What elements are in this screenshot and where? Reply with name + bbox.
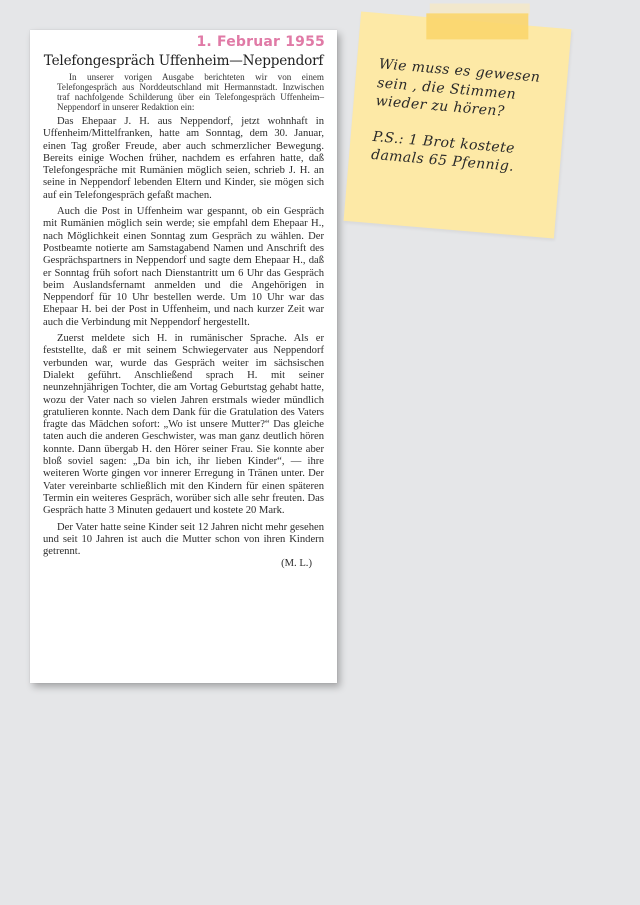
note-postscript: P.S.: 1 Brot kostete damals 65 Pfennig. (370, 127, 552, 179)
newspaper-clipping: 1. Februar 1955 Telefongespräch Uffenhei… (30, 30, 337, 683)
article-paragraph: Auch die Post in Uffenheim war gespannt,… (43, 206, 324, 329)
article-paragraph: Der Vater hatte seine Kinder seit 12 Jah… (43, 522, 324, 559)
sticky-note: Wie muss es gewesen sein , die Stimmen w… (344, 12, 572, 239)
article-paragraph: Zuerst meldete sich H. in rumänischer Sp… (43, 333, 324, 517)
clipping-date: 1. Februar 1955 (43, 34, 325, 50)
adhesive-tape (426, 13, 528, 39)
clipping-lede: In unserer vorigen Ausgabe berichteten w… (43, 72, 324, 112)
article-signature: (M. L.) (43, 558, 312, 570)
article-paragraph: Das Ehepaar J. H. aus Neppendorf, jetzt … (43, 116, 324, 202)
sticky-note-text: Wie muss es gewesen sein , die Stimmen w… (370, 55, 559, 179)
clipping-headline: Telefongespräch Uffenheim—Neppendorf (43, 53, 324, 70)
